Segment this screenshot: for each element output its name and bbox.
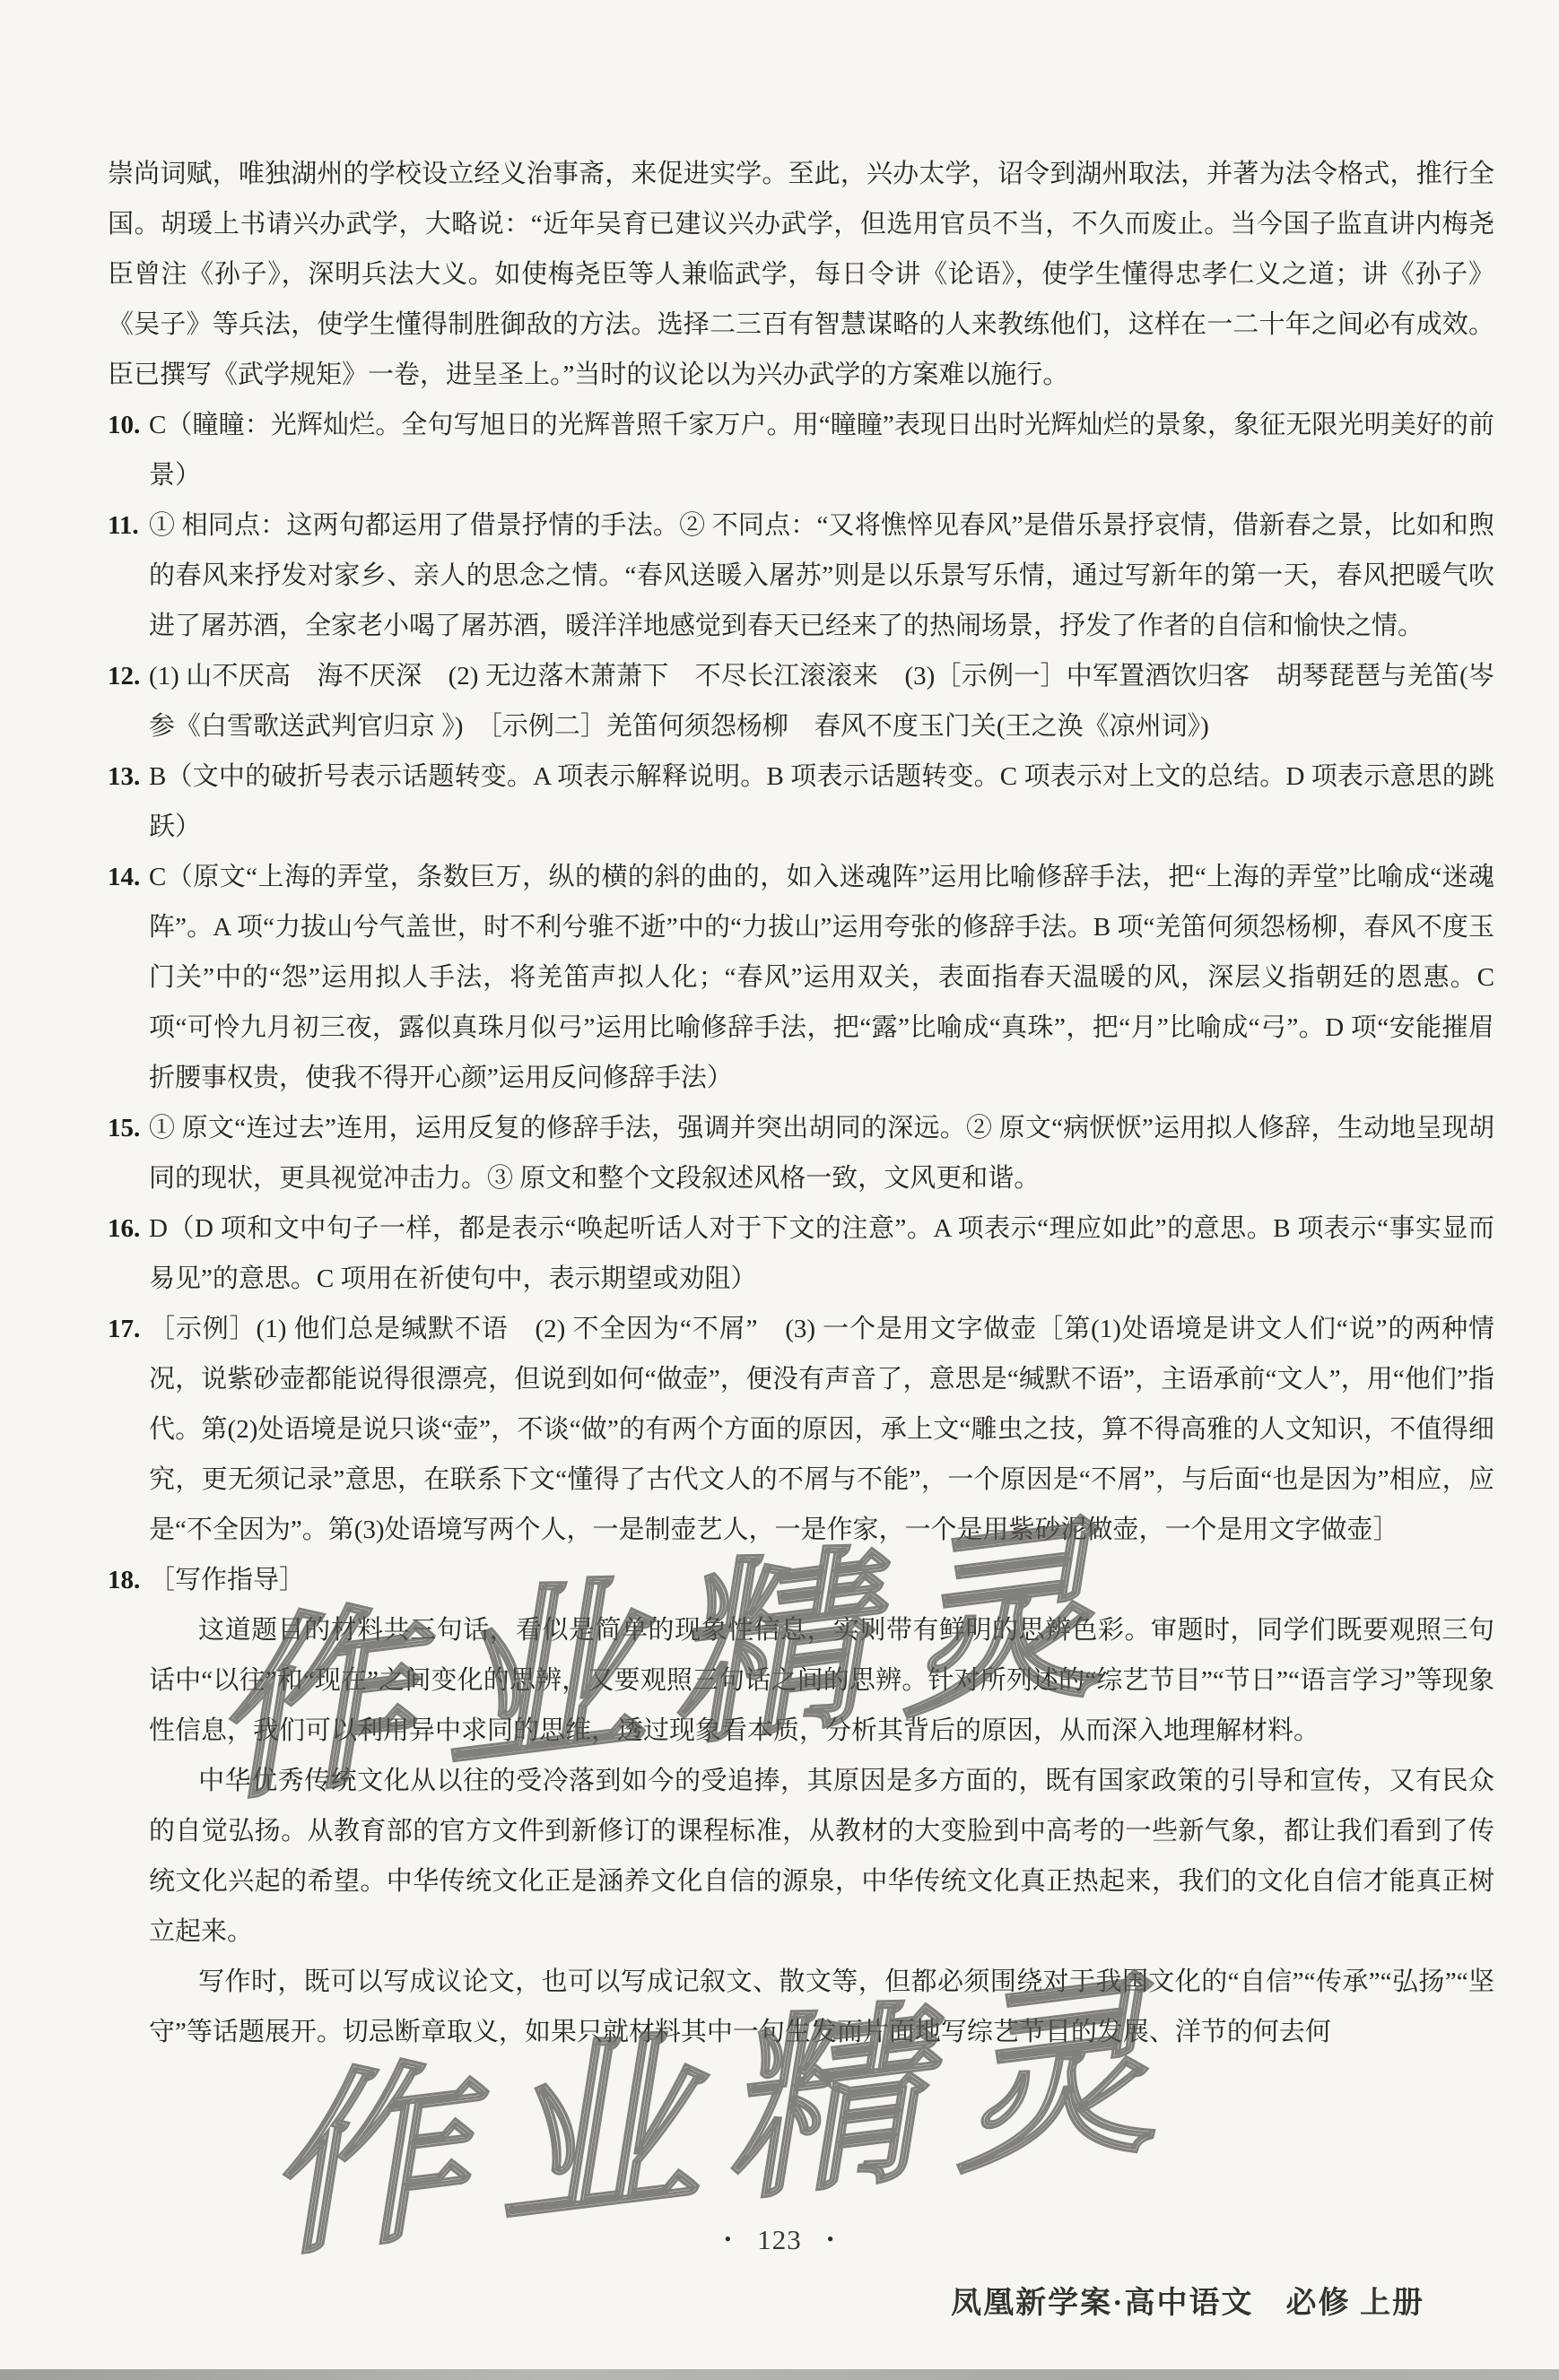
item-answer-text: (1) 山不厌高 海不厌深 (2) 无边落木萧萧下 不尽长江滚滚来 (3)［示例…: [149, 651, 1494, 751]
item-number: 15.: [108, 1103, 149, 1203]
item-number: 13.: [108, 751, 149, 852]
item-answer-text: ① 原文“连过去”连用，运用反复的修辞手法，强调并突出胡同的深远。② 原文“病恹…: [149, 1103, 1494, 1203]
answer-item-14: 14. C（原文“上海的弄堂，条数巨万，纵的横的斜的曲的，如入迷魂阵”运用比喻修…: [108, 852, 1494, 1103]
page-number-dot: •: [725, 2228, 733, 2250]
answer-item-18: 18. ［写作指导］ 这道题目的材料共三句话，看似是简单的现象性信息，实则带有鲜…: [108, 1555, 1494, 2057]
answer-item-15: 15. ① 原文“连过去”连用，运用反复的修辞手法，强调并突出胡同的深远。② 原…: [108, 1103, 1494, 1203]
guide-paragraph: 写作时，既可以写成议论文，也可以写成记叙文、散文等，但都必须围绕对于我国文化的“…: [149, 1957, 1494, 2057]
item-answer-text: C（瞳瞳：光辉灿烂。全句写旭日的光辉普照千家万户。用“瞳瞳”表现日出时光辉灿烂的…: [149, 400, 1494, 500]
answer-item-17: 17. ［示例］(1) 他们总是缄默不语 (2) 不全因为“不屑” (3) 一个…: [108, 1304, 1494, 1555]
guide-paragraph: 中华优秀传统文化从以往的受冷落到如今的受追捧，其原因是多方面的，既有国家政策的引…: [149, 1756, 1494, 1957]
item-number: 11.: [108, 500, 149, 651]
scanned-answer-page: 崇尚词赋，唯独湖州的学校设立经义治事斋，来促进实学。至此，兴办太学，诏令到湖州取…: [0, 0, 1559, 2380]
book-footer: 凤凰新学案·高中语文 必修 上册: [951, 2278, 1424, 2322]
answer-item-11: 11. ① 相同点：这两句都运用了借景抒情的手法。② 不同点：“又将憔悴见春风”…: [108, 500, 1494, 651]
scan-bottom-edge: [0, 2369, 1559, 2380]
item-answer-text: D（D 项和文中句子一样，都是表示“唤起听话人对于下文的注意”。A 项表示“理应…: [149, 1203, 1494, 1304]
item-number: 14.: [108, 852, 149, 1103]
item-number: 16.: [108, 1203, 149, 1304]
item-number: 18.: [108, 1555, 149, 2057]
answers-content: 崇尚词赋，唯独湖州的学校设立经义治事斋，来促进实学。至此，兴办太学，诏令到湖州取…: [108, 149, 1494, 2057]
writing-guide-label: ［写作指导］: [149, 1555, 1494, 1605]
answer-item-13: 13. B（文中的破折号表示话题转变。A 项表示解释说明。B 项表示话题转变。C…: [108, 751, 1494, 852]
guide-paragraph: 这道题目的材料共三句话，看似是简单的现象性信息，实则带有鲜明的思辨色彩。审题时，…: [149, 1605, 1494, 1756]
item-number: 17.: [108, 1304, 149, 1555]
page-number: •123•: [0, 2224, 1559, 2256]
page-number-dot: •: [827, 2228, 835, 2250]
item-number: 12.: [108, 651, 149, 751]
item-answer-text: C（原文“上海的弄堂，条数巨万，纵的横的斜的曲的，如入迷魂阵”运用比喻修辞手法，…: [149, 852, 1494, 1103]
item-answer-text: ［示例］(1) 他们总是缄默不语 (2) 不全因为“不屑” (3) 一个是用文字…: [149, 1304, 1494, 1555]
item-answer-text: ① 相同点：这两句都运用了借景抒情的手法。② 不同点：“又将憔悴见春风”是借乐景…: [149, 500, 1494, 651]
continuation-paragraph: 崇尚词赋，唯独湖州的学校设立经义治事斋，来促进实学。至此，兴办太学，诏令到湖州取…: [108, 149, 1494, 400]
answer-item-12: 12. (1) 山不厌高 海不厌深 (2) 无边落木萧萧下 不尽长江滚滚来 (3…: [108, 651, 1494, 751]
item-number: 10.: [108, 400, 149, 500]
page-number-value: 123: [757, 2224, 802, 2255]
answer-item-10: 10. C（瞳瞳：光辉灿烂。全句写旭日的光辉普照千家万户。用“瞳瞳”表现日出时光…: [108, 400, 1494, 500]
item-answer-text: B（文中的破折号表示话题转变。A 项表示解释说明。B 项表示话题转变。C 项表示…: [149, 751, 1494, 852]
answer-item-16: 16. D（D 项和文中句子一样，都是表示“唤起听话人对于下文的注意”。A 项表…: [108, 1203, 1494, 1304]
item-answer-text: ［写作指导］ 这道题目的材料共三句话，看似是简单的现象性信息，实则带有鲜明的思辨…: [149, 1555, 1494, 2057]
